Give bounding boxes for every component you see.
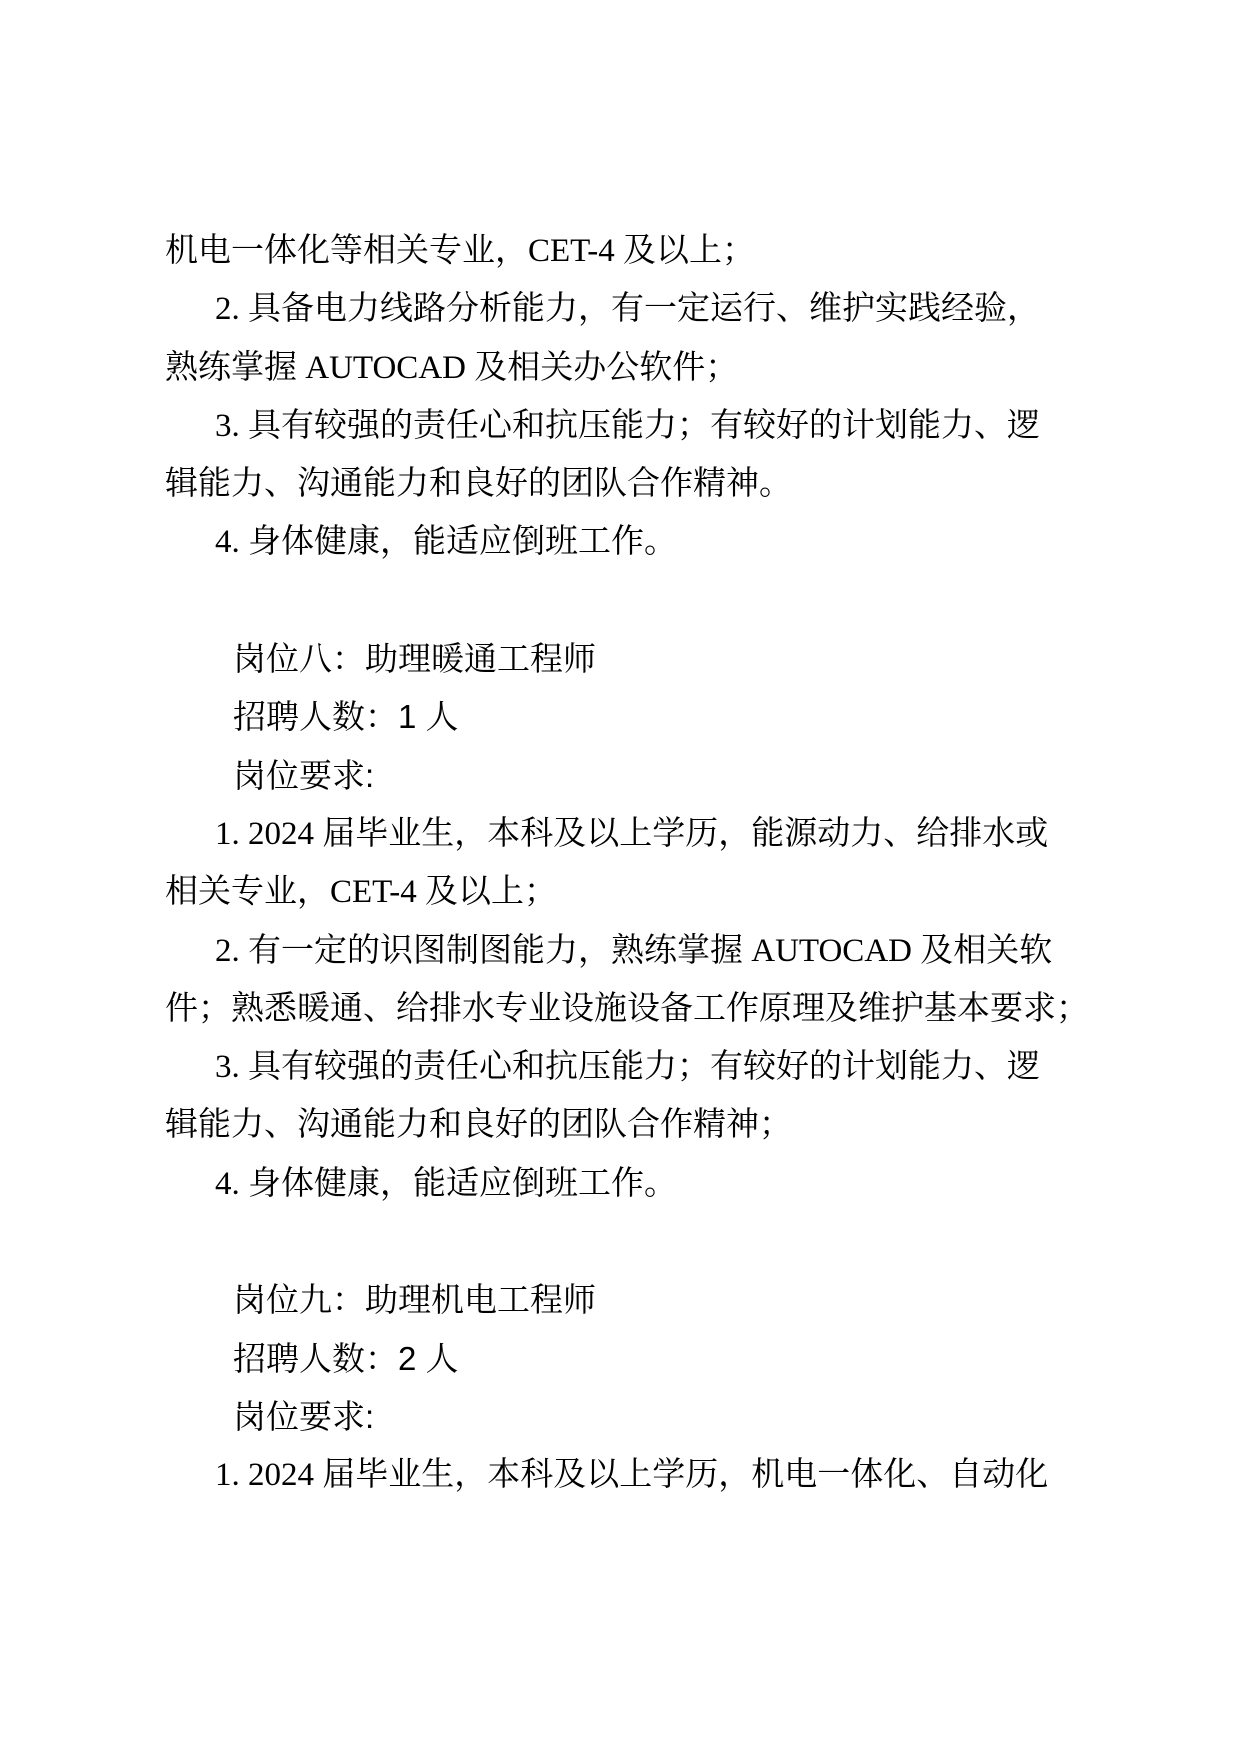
- document-line: 1. 2024 届毕业生，本科及以上学历，能源动力、给排水或: [165, 805, 1080, 863]
- document-line: 3. 具有较强的责任心和抗压能力；有较好的计划能力、逻: [165, 1038, 1080, 1096]
- document-heading-line: 岗位要求:: [165, 1388, 1080, 1446]
- document-line: 1. 2024 届毕业生，本科及以上学历，机电一体化、自动化: [165, 1446, 1080, 1504]
- document-line: [165, 1213, 1080, 1271]
- document-line: 相关专业，CET-4 及以上；: [165, 863, 1080, 921]
- document-heading-line: 招聘人数：2 人: [165, 1330, 1080, 1388]
- document-body: 机电一体化等相关专业，CET-4 及以上；2. 具备电力线路分析能力，有一定运行…: [165, 222, 1080, 1505]
- document-line: 辑能力、沟通能力和良好的团队合作精神；: [165, 1096, 1080, 1154]
- document-heading-line: 招聘人数：1 人: [165, 688, 1080, 746]
- document-heading-line: 岗位八：助理暖通工程师: [165, 630, 1080, 688]
- document-line: 件；熟悉暖通、给排水专业设施设备工作原理及维护基本要求；: [165, 980, 1080, 1038]
- document-line: 4. 身体健康，能适应倒班工作。: [165, 513, 1080, 571]
- document-page: 机电一体化等相关专业，CET-4 及以上；2. 具备电力线路分析能力，有一定运行…: [0, 0, 1241, 1754]
- document-line: 2. 具备电力线路分析能力，有一定运行、维护实践经验，: [165, 280, 1080, 338]
- document-heading-line: 岗位要求:: [165, 747, 1080, 805]
- document-line: 机电一体化等相关专业，CET-4 及以上；: [165, 222, 1080, 280]
- document-line: 4. 身体健康，能适应倒班工作。: [165, 1155, 1080, 1213]
- document-heading-line: 岗位九：助理机电工程师: [165, 1271, 1080, 1329]
- document-line: 3. 具有较强的责任心和抗压能力；有较好的计划能力、逻: [165, 397, 1080, 455]
- document-line: [165, 572, 1080, 630]
- document-line: 辑能力、沟通能力和良好的团队合作精神。: [165, 455, 1080, 513]
- document-line: 2. 有一定的识图制图能力，熟练掌握 AUTOCAD 及相关软: [165, 922, 1080, 980]
- document-line: 熟练掌握 AUTOCAD 及相关办公软件；: [165, 339, 1080, 397]
